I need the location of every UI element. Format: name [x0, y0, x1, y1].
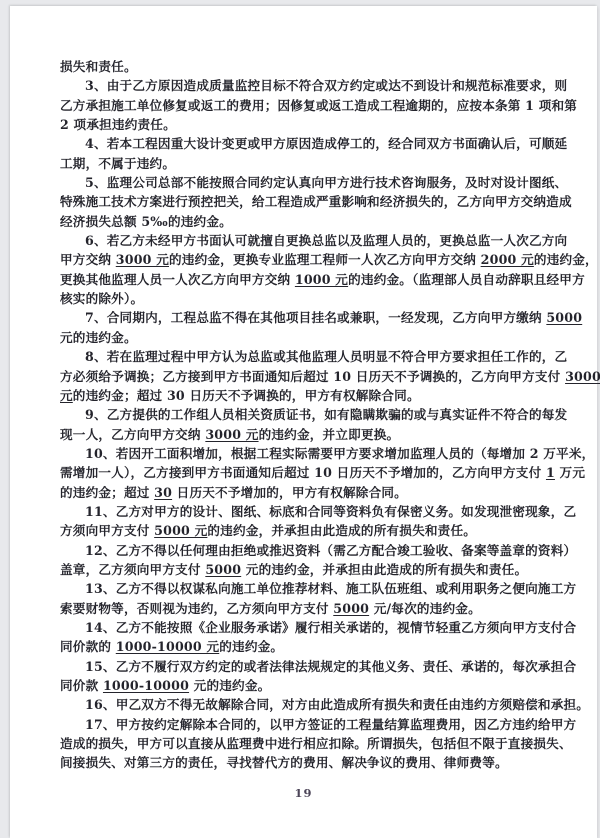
text-segment: 同价款的	[60, 639, 116, 654]
document-line: 工期，不属于违约。	[60, 154, 546, 173]
text-segment: 元/每次的违约金。	[369, 601, 481, 616]
text-segment: 的违约金；超过 30 日历天不予调换的，甲方有权解除合同。	[73, 388, 420, 403]
document-line: 乙方承担施工单位修复或返工的费用；因修复或返工造成工程逾期的，应按本条第 1 项…	[60, 96, 546, 115]
text-segment: 14、乙方不能按照《企业服务承诺》履行相关承诺的，视情节轻重乙方须向甲方支付合	[85, 620, 576, 635]
text-segment: 元的违约金。	[189, 678, 270, 693]
text-segment: 11、乙方对甲方的设计、图纸、标底和合同等资料负有保密义务。如发现泄密现象，乙	[85, 504, 576, 519]
text-segment: 方须向甲方支付	[60, 523, 154, 538]
text-segment: 5、监理公司总部不能按照合同约定认真向甲方进行技术咨询服务，及时对设计图纸、	[85, 175, 567, 190]
text-segment: 损失和责任。	[60, 59, 137, 74]
text-segment: 的违约金。	[219, 639, 283, 654]
text-segment: 方必须给予调换；乙方接到甲方书面通知后超过 10 日历天不予调换的，乙方向甲方支…	[60, 369, 565, 384]
underlined-amount: 1000-10000	[103, 678, 189, 693]
document-line: 16、甲乙双方不得无故解除合同，对方由此造成所有损失和责任由违约方须赔偿和承担。	[60, 695, 546, 714]
underlined-amount: 5000	[546, 310, 582, 325]
text-segment: 4、若本工程因重大设计变更或甲方原因造成停工的，经合同双方书面确认后，可顺延	[85, 136, 567, 151]
underlined-amount: 2000 元	[481, 252, 534, 267]
contract-text: 损失和责任。3、由于乙方原因造成质量监控目标不符合双方约定或达不到设计和规范标准…	[60, 57, 546, 773]
document-line: 特殊施工技术方案进行预控把关，给工程造成严重影响和经济损失的，乙方向甲方交纳造成	[60, 192, 546, 211]
text-segment: 15、乙方不履行双方约定的或者法律法规规定的其他义务、责任、承诺的，每次承担合	[85, 659, 576, 674]
underlined-amount: 1000 元	[295, 272, 348, 287]
text-segment: 更换其他监理人员一人次乙方向甲方交纳	[60, 272, 295, 287]
text-segment: 的违约金，并承担由此造成的所有损失和责任。	[207, 523, 476, 538]
document-line: 15、乙方不履行双方约定的或者法律法规规定的其他义务、责任、承诺的，每次承担合	[60, 657, 546, 676]
document-line: 5、监理公司总部不能按照合同约定认真向甲方进行技术咨询服务，及时对设计图纸、	[60, 173, 546, 192]
text-segment: 索要财物等，否则视为违约，乙方须向甲方支付	[60, 601, 333, 616]
document-line: 的违约金；超过 30 日历天不予增加的，甲方有权解除合同。	[60, 483, 546, 502]
underlined-amount: 30	[154, 485, 172, 500]
document-line: 损失和责任。	[60, 57, 546, 76]
underlined-amount: 3000 元	[205, 427, 258, 442]
text-segment: 的违约金，	[534, 252, 598, 267]
text-segment: 10、若因开工面积增加，根据工程实际需要甲方要求增加监理人员的（每增加 2 万平…	[85, 446, 594, 461]
text-segment: 核实的除外）。	[60, 291, 143, 306]
text-segment: 17、甲方按约定解除本合同的，以甲方签证的工程量结算监理费用，因乙方违约给甲方	[85, 717, 576, 732]
document-line: 11、乙方对甲方的设计、图纸、标底和合同等资料负有保密义务。如发现泄密现象，乙	[60, 502, 546, 521]
document-line: 盖章，乙方须向甲方支付 5000 元的违约金，并承担由此造成的所有损失和责任。	[60, 560, 546, 579]
document-line: 元的违约金；超过 30 日历天不予调换的，甲方有权解除合同。	[60, 386, 546, 405]
text-segment: 的违约金；超过	[60, 485, 154, 500]
text-segment: 间接损失、对第三方的责任，寻找替代方的费用、解决争议的费用、律师费等。	[60, 755, 508, 770]
text-segment: 16、甲乙双方不得无故解除合同，对方由此造成所有损失和责任由违约方须赔偿和承担。	[85, 697, 589, 712]
text-segment: 元的违约金。	[60, 330, 137, 345]
text-segment: 2 项承担违约责任。	[60, 117, 176, 132]
document-line: 12、乙方不得以任何理由拒绝或推迟资料（需乙方配合竣工验收、备案等盖章的资料）	[60, 541, 546, 560]
text-segment: 特殊施工技术方案进行预控把关，给工程造成严重影响和经济损失的，乙方向甲方交纳造成	[60, 194, 572, 209]
document-line: 造成的损失，甲方可以直接从监理费中进行相应扣除。所谓损失，包括但不限于直接损失、	[60, 734, 546, 753]
underlined-amount: 5000 元	[154, 523, 207, 538]
text-segment: 盖章，乙方须向甲方支付	[60, 562, 205, 577]
text-segment: 造成的损失，甲方可以直接从监理费中进行相应扣除。所谓损失，包括但不限于直接损失、	[60, 736, 572, 751]
document-line: 方必须给予调换；乙方接到甲方书面通知后超过 10 日历天不予调换的，乙方向甲方支…	[60, 367, 546, 386]
text-segment: 的违约金。（监理部人员自动辞职且经甲方	[348, 272, 585, 287]
text-segment: 9、乙方提供的工作组人员相关资质证书，如有隐瞒欺骗的或与真实证件不符合的每发	[85, 407, 567, 422]
text-segment: 13、乙方不得以权谋私向施工单位推荐材料、施工队伍班组、或利用职务之便向施工方	[85, 581, 576, 596]
text-segment: 12、乙方不得以任何理由拒绝或推迟资料（需乙方配合竣工验收、备案等盖章的资料）	[85, 543, 576, 558]
document-line: 同价款的 1000-10000 元的违约金。	[60, 637, 546, 656]
document-line: 间接损失、对第三方的责任，寻找替代方的费用、解决争议的费用、律师费等。	[60, 753, 546, 772]
underlined-amount: 3000 元	[116, 252, 169, 267]
document-line: 经济损失总额 5‰的违约金。	[60, 212, 546, 231]
document-line: 10、若因开工面积增加，根据工程实际需要甲方要求增加监理人员的（每增加 2 万平…	[60, 444, 546, 463]
document-line: 13、乙方不得以权谋私向施工单位推荐材料、施工队伍班组、或利用职务之便向施工方	[60, 579, 546, 598]
document-line: 2 项承担违约责任。	[60, 115, 546, 134]
text-segment: 8、若在监理过程中甲方认为总监或其他监理人员明显不符合甲方要求担任工作的，乙	[85, 349, 567, 364]
document-line: 7、合同期内，工程总监不得在其他项目挂名或兼职，一经发现，乙方向甲方缴纳 500…	[60, 308, 546, 327]
underlined-amount: 3000	[565, 369, 600, 384]
text-segment: 元的违约金，并承担由此造成的所有损失和责任。	[241, 562, 527, 577]
underlined-amount: 1	[546, 465, 555, 480]
document-page: 损失和责任。3、由于乙方原因造成质量监控目标不符合双方约定或达不到设计和规范标准…	[10, 6, 597, 838]
document-line: 4、若本工程因重大设计变更或甲方原因造成停工的，经合同双方书面确认后，可顺延	[60, 134, 546, 153]
document-line: 17、甲方按约定解除本合同的，以甲方签证的工程量结算监理费用，因乙方违约给甲方	[60, 715, 546, 734]
text-segment: 现一人，乙方向甲方交纳	[60, 427, 205, 442]
text-segment: 6、若乙方未经甲方书面认可就擅自更换总监以及监理人员的，更换总监一人次乙方向	[85, 233, 567, 248]
text-segment: 的违约金，更换专业监理工程师一人次乙方向甲方交纳	[169, 252, 481, 267]
document-line: 现一人，乙方向甲方交纳 3000 元的违约金，并立即更换。	[60, 425, 546, 444]
underlined-amount: 元	[60, 388, 73, 403]
text-segment: 工期，不属于违约。	[60, 156, 175, 171]
document-line: 甲方交纳 3000 元的违约金，更换专业监理工程师一人次乙方向甲方交纳 2000…	[60, 250, 546, 269]
text-segment: 需增加一人），乙方接到甲方书面通知后超过 10 日历天不予增加的，乙方向甲方支付	[60, 465, 546, 480]
text-segment: 7、合同期内，工程总监不得在其他项目挂名或兼职，一经发现，乙方向甲方缴纳	[85, 310, 546, 325]
text-segment: 万元	[555, 465, 585, 480]
text-segment: 乙方承担施工单位修复或返工的费用；因修复或返工造成工程逾期的，应按本条第 1 项…	[60, 98, 577, 113]
document-line: 更换其他监理人员一人次乙方向甲方交纳 1000 元的违约金。（监理部人员自动辞职…	[60, 270, 546, 289]
document-line: 6、若乙方未经甲方书面认可就擅自更换总监以及监理人员的，更换总监一人次乙方向	[60, 231, 546, 250]
underlined-amount: 5000	[333, 601, 369, 616]
text-segment: 甲方交纳	[60, 252, 116, 267]
text-segment: 日历天不予增加的，甲方有权解除合同。	[172, 485, 407, 500]
document-line: 索要财物等，否则视为违约，乙方须向甲方支付 5000 元/每次的违约金。	[60, 599, 546, 618]
document-line: 同价款 1000-10000 元的违约金。	[60, 676, 546, 695]
document-line: 3、由于乙方原因造成质量监控目标不符合双方约定或达不到设计和规范标准要求，则	[60, 76, 546, 95]
text-segment: 经济损失总额 5‰的违约金。	[60, 214, 232, 229]
page-number: 19	[10, 786, 597, 800]
document-line: 元的违约金。	[60, 328, 546, 347]
document-line: 14、乙方不能按照《企业服务承诺》履行相关承诺的，视情节轻重乙方须向甲方支付合	[60, 618, 546, 637]
document-line: 8、若在监理过程中甲方认为总监或其他监理人员明显不符合甲方要求担任工作的，乙	[60, 347, 546, 366]
text-segment: 同价款	[60, 678, 103, 693]
underlined-amount: 5000	[205, 562, 241, 577]
text-segment: 3、由于乙方原因造成质量监控目标不符合双方约定或达不到设计和规范标准要求，则	[85, 78, 567, 93]
document-line: 需增加一人），乙方接到甲方书面通知后超过 10 日历天不予增加的，乙方向甲方支付…	[60, 463, 546, 482]
text-segment: 的违约金，并立即更换。	[259, 427, 400, 442]
document-line: 方须向甲方支付 5000 元的违约金，并承担由此造成的所有损失和责任。	[60, 521, 546, 540]
document-line: 核实的除外）。	[60, 289, 546, 308]
underlined-amount: 1000-10000 元	[116, 639, 219, 654]
document-line: 9、乙方提供的工作组人员相关资质证书，如有隐瞒欺骗的或与真实证件不符合的每发	[60, 405, 546, 424]
